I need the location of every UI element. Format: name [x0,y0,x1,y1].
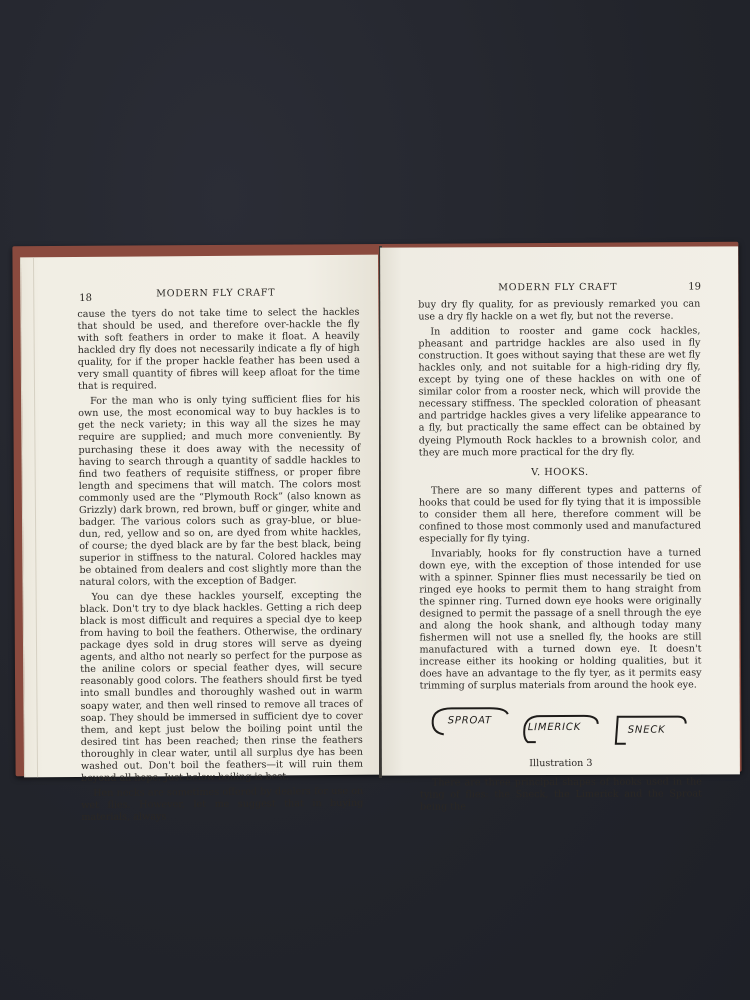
paragraph: buy dry fly quality, for as previously r… [418,299,700,324]
hook-label: SNECK [628,725,666,737]
hook-label: LIMERICK [528,722,581,734]
left-page: 18 MODERN FLY CRAFT cause the tyers do n… [20,255,382,778]
section-title: V. HOOKS. [419,466,701,479]
paragraph: cause the tyers do not take time to sele… [77,307,360,394]
right-page-body: buy dry fly quality, for as previously r… [418,299,702,817]
running-title-right: MODERN FLY CRAFT [498,282,617,293]
paragraph: There are so many different types and pa… [419,484,701,545]
paragraph: For the man who is only tying sufficient… [78,394,362,589]
paragraph: You can dye these hackles yourself, exce… [80,590,364,785]
page-number-right: 19 [688,282,701,293]
paragraph: Invariably, hooks for fly construction h… [419,547,702,693]
sproat-hook-icon: SPROAT [430,707,512,739]
running-title-left: MODERN FLY CRAFT [156,287,275,299]
right-page: MODERN FLY CRAFT 19 buy dry fly quality,… [380,246,740,775]
illustration-caption: Illustration 3 [420,758,702,771]
paragraph: There are three principal shapes of hook… [420,776,702,813]
hook-label: SPROAT [448,716,492,728]
paragraph: In addition to rooster and game cock hac… [418,326,700,459]
limerick-hook-icon: LIMERICK [520,712,602,746]
page-number-left: 18 [79,293,92,304]
paragraph: Hen necks are sometimes offered by deale… [81,786,363,824]
sneck-hook-icon: SNECK [612,714,690,748]
left-page-body: cause the tyers do not take time to sele… [77,307,363,827]
hook-illustration: SPROAT LIMERICK SNECK [420,704,702,753]
